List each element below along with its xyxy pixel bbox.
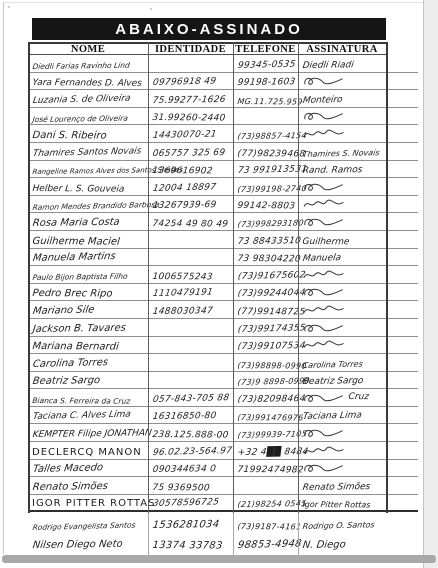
table-row: Nilsen Diego Neto13374 3378398853-4948N.…: [28, 532, 418, 552]
signer-name: Thamires Santos Novais: [32, 147, 142, 159]
signature-scribble-icon: [302, 180, 346, 194]
phone-number: (73)98857-4154: [237, 132, 307, 141]
signer-name: Taciana C. Alves Lima: [32, 411, 131, 422]
signature-scribble-icon: [302, 197, 346, 211]
signature-cell: [298, 180, 386, 195]
signer-name: Bianca S. Ferreira da Cruz: [32, 397, 131, 405]
name-cell: Carolina Torres: [28, 360, 148, 371]
identity-cell: 30578596725: [148, 500, 233, 510]
name-cell: Taciana C. Alves Lima: [28, 413, 148, 423]
identity-cell: [148, 352, 233, 353]
table-row: IGOR PITTER ROTTAS30578596725(21)98254 0…: [28, 495, 418, 513]
identity-number: 090344634 0: [152, 465, 217, 475]
signature-cell: [298, 303, 386, 318]
scan-dot: [150, 8, 152, 10]
table-row: Manuela Martins73 98304220Manuela: [28, 249, 418, 267]
name-cell: Thamires Santos Novais: [28, 150, 148, 160]
gridline-extension: [386, 247, 418, 248]
signer-name: Rosa Maria Costa: [32, 218, 120, 229]
gridline-extension: [386, 88, 418, 89]
gridline-extension: [386, 370, 418, 371]
signature-cell: Carolina Torres: [298, 362, 386, 371]
table-row: Bianca S. Ferreira da Cruz057-843-705 88…: [28, 389, 418, 407]
signer-name: DECLERCQ MANON: [32, 448, 142, 458]
signature-scribble-icon: [302, 303, 346, 317]
signature-cell: Beatriz Sargo: [298, 378, 386, 388]
identity-cell: [148, 387, 233, 388]
signature-cell: Rodrigo O. Santos: [298, 523, 386, 532]
phone-cell: 99198-1603: [233, 79, 298, 89]
gridline-extension: [386, 475, 418, 476]
identity-cell: 31.99260-2440: [148, 114, 233, 124]
signer-name: Ramon Mendes Brandido Barbosa: [32, 201, 160, 212]
signer-name: Guilherme Maciel: [32, 237, 120, 248]
gridline-extension: [386, 141, 418, 142]
identity-cell: 1536281034: [148, 521, 233, 532]
signer-name: Talles Macedo: [32, 463, 104, 475]
phone-number: 98853-4948: [237, 540, 302, 552]
table-row: Helber L. S. Gouveia12004 18897(73)99198…: [28, 178, 418, 196]
signature-text: Monteiro: [302, 96, 343, 106]
signature-cell: Taciana Lima: [298, 413, 386, 423]
column-header-assinatura: ASSINATURA: [298, 44, 386, 55]
gridline-extension: [386, 352, 418, 353]
phone-cell: (73)98898-0990: [233, 362, 298, 371]
identity-cell: 75.99277-1626: [148, 97, 233, 107]
identity-number: 09796918 49: [152, 78, 217, 89]
signature-scribble-icon: [302, 338, 346, 352]
gridline-extension: [386, 211, 418, 212]
name-cell: Jackson B. Tavares: [28, 325, 148, 336]
column-header-telefone: TELEFONE: [233, 44, 298, 55]
phone-cell: 73 88433510: [233, 238, 298, 248]
identity-number: 75 9369500: [152, 484, 210, 493]
phone-number: 99345-0535: [237, 60, 296, 70]
signer-name: Beatriz Sargo: [32, 376, 101, 387]
gridline-extension: [386, 422, 418, 423]
phone-cell: [233, 493, 298, 494]
table-gridline: [148, 42, 149, 513]
gridline-extension: [386, 176, 418, 177]
signature-cell: [298, 215, 386, 230]
table-row: Paulo Bijon Baptista Filho1006575243(73)…: [28, 266, 418, 284]
signer-name: Dani S. Ribeiro: [32, 131, 107, 142]
signature-cell: Manuela: [298, 255, 386, 265]
table-row: Taciana C. Alves Lima16316850-80(73)9914…: [28, 407, 418, 425]
phone-cell: 98853-4948: [233, 541, 298, 552]
phone-cell: 71992474982: [233, 466, 298, 476]
gridline-extension: [386, 387, 418, 388]
identity-cell: 74254 49 80 49: [148, 220, 233, 230]
name-cell: Renato Simões: [28, 483, 148, 494]
name-cell: Mariana Bernardi: [28, 342, 148, 353]
signer-name: Mariano Sile: [32, 305, 95, 317]
phone-number: 73 98304220: [237, 255, 301, 264]
name-cell: Manuela Martins: [28, 254, 148, 265]
gridline-extension: [386, 551, 418, 552]
table-row: Diedli Farias Ravinho Lind99345-0535Died…: [28, 55, 418, 73]
phone-cell: (73)998293180: [233, 221, 298, 230]
signer-name: Diedli Farias Ravinho Lind: [32, 62, 130, 71]
table-row: Pedro Brec Ripo1110479191(73)99244044: [28, 284, 418, 302]
signature-text: Rand. Ramos: [302, 166, 363, 176]
phone-number: MG.11.725.959: [237, 98, 303, 106]
table-row: Ramon Mendes Brandido Barbosa13267939-69…: [28, 196, 418, 214]
phone-number: (73)99198-2740: [237, 185, 307, 194]
name-cell: Rosa Maria Costa: [28, 219, 148, 230]
signature-text: Igor Pitter Rottas: [302, 501, 371, 509]
phone-cell: 99142-8803: [233, 202, 298, 212]
name-cell: DECLERCQ MANON: [28, 448, 148, 459]
signature-text: Thamires S. Novais: [302, 149, 380, 159]
signature-cell: [298, 74, 386, 89]
signature-scribble-icon: [302, 426, 346, 440]
signature-cell: Thamires S. Novais: [298, 151, 386, 160]
page-edge-left: [3, 2, 4, 554]
table-row: Guilherme Maciel73 88433510Guilherme: [28, 231, 418, 249]
gridline-extension: [386, 194, 418, 195]
name-cell: Yara Fernandes D. Alves: [28, 79, 148, 89]
table-gridline-extension: [298, 513, 299, 555]
signature-cell: Diedli Riadi: [298, 62, 386, 72]
identity-number: 1110479191: [152, 289, 214, 300]
identity-cell: 14430070-21: [148, 132, 233, 142]
name-cell: Dani S. Ribeiro: [28, 131, 148, 142]
signature-text: Taciana Lima: [302, 412, 362, 422]
gridline-extension: [386, 159, 418, 160]
scanned-petition-page: ABAIXO-ASSINADO NOMEIDENTIDADETELEFONEAS…: [0, 0, 438, 568]
signer-name: IGOR PITTER ROTTAS: [32, 499, 155, 509]
identity-cell: 238.125.888-00: [148, 431, 233, 441]
name-cell: Pedro Brec Ripo: [28, 289, 148, 300]
title-bar: ABAIXO-ASSINADO: [32, 18, 386, 40]
signature-scribble-icon: [302, 74, 346, 88]
phone-number: (21)98254 0545: [237, 500, 307, 509]
signature-cell: [298, 127, 386, 142]
phone-number: 99142-8803: [237, 202, 296, 211]
signature-text: Carolina Torres: [302, 360, 363, 370]
identity-number: 30578596725: [152, 499, 220, 510]
signature-cell: [298, 321, 386, 336]
identity-number: 74254 49 80 49: [152, 220, 229, 230]
page-edge-right: [423, 0, 438, 568]
name-cell: Rangeline Ramos Alves dos Santos Simões: [28, 169, 148, 177]
identity-cell: 13267939-69: [148, 202, 233, 212]
name-cell: Guilherme Maciel: [28, 237, 148, 248]
signer-name: Paulo Bijon Baptista Filho: [32, 273, 128, 282]
signature-scribble-icon: [302, 215, 346, 229]
signature-cell: [298, 285, 386, 300]
phone-number: (73)91675602: [237, 271, 306, 282]
gridline-extension: [386, 264, 418, 265]
table-row: Yara Fernandes D. Alves09796918 4999198-…: [28, 73, 418, 91]
identity-cell: [148, 335, 233, 336]
gridline-extension: [386, 71, 418, 72]
signature-text: N. Diego: [302, 541, 346, 552]
signature-cell: Igor Pitter Rottas: [298, 501, 386, 510]
identity-number: 1369616902: [152, 167, 213, 176]
identity-cell: 057-843-705 88: [148, 396, 233, 406]
name-cell: IGOR PITTER ROTTAS: [28, 499, 148, 510]
signature-text: Rodrigo O. Santos: [302, 522, 375, 532]
identity-cell: 1110479191: [148, 290, 233, 300]
name-cell: Talles Macedo: [28, 465, 148, 476]
identity-cell: 75 9369500: [148, 484, 233, 494]
phone-number: (73)99107534: [237, 342, 306, 352]
gridline-extension: [386, 509, 418, 510]
table-row: Mariano Sile1488030347(77)99148725: [28, 301, 418, 319]
phone-cell: (73)98857-4154: [233, 133, 298, 142]
phone-number: (73)99939-7105: [237, 430, 308, 440]
signature-scribble-icon: [302, 285, 346, 299]
gridline-extension: [386, 229, 418, 230]
identity-cell: 1369616902: [148, 167, 233, 177]
phone-cell: 99345-0535: [233, 62, 298, 72]
page-edge-bottom: [2, 555, 436, 563]
table-row: Rosa Maria Costa74254 49 80 49(73)998293…: [28, 213, 418, 231]
signer-name: Pedro Brec Ripo: [32, 289, 113, 300]
phone-cell: (77)98239468: [233, 150, 298, 160]
name-cell: José Lourenço de Oliveira: [28, 116, 148, 125]
gridline-extension: [386, 493, 418, 494]
table-row: Luzania S. de Oliveira75.99277-1626MG.11…: [28, 90, 418, 108]
identity-number: 16316850-80: [152, 413, 217, 423]
signer-name: Nilsen Diego Neto: [32, 540, 123, 551]
identity-cell: [148, 247, 233, 248]
table-row: DECLERCQ MANON96.02.23-564.97+32 4██ 848…: [28, 442, 418, 460]
table-gridline: [298, 42, 299, 513]
identity-number: 31.99260-2440: [152, 114, 226, 124]
signature-scribble-icon: [302, 268, 346, 282]
signature-cell: [298, 461, 386, 476]
phone-number: (73)9187-4161: [237, 523, 302, 531]
phone-cell: (73)99174355: [233, 326, 298, 336]
identity-cell: 1006575243: [148, 273, 233, 283]
identity-number: 14430070-21: [152, 130, 217, 141]
identity-cell: 96.02.23-564.97: [148, 449, 233, 459]
identity-cell: 09796918 49: [148, 79, 233, 89]
phone-cell: (73)99939-7105: [233, 432, 298, 441]
signature-text: Renato Simões: [302, 483, 371, 493]
identity-number: 13267939-69: [152, 201, 217, 211]
phone-cell: (73)9 8898-0990: [233, 379, 298, 388]
phone-number: (73)98898-0990: [237, 362, 307, 370]
table-gridline-extension: [233, 513, 234, 555]
signature-cell: Renato Simões: [298, 484, 386, 494]
phone-cell: (73)99107534: [233, 343, 298, 353]
identity-cell: 13374 33783: [148, 541, 233, 552]
table-row: Talles Macedo090344634 071992474982: [28, 460, 418, 478]
phone-cell: 73 98304220: [233, 255, 298, 265]
name-cell: Rodrigo Evangelista Santos: [28, 524, 148, 533]
table-row: José Lourenço de Oliveira31.99260-2440: [28, 108, 418, 126]
phone-number: (73)998293180: [237, 219, 304, 229]
signature-text: Beatriz Sargo: [302, 377, 364, 387]
identity-number: 065757 325 69: [152, 149, 226, 159]
signature-scribble-icon: [302, 127, 346, 141]
phone-cell: (77)99148725: [233, 308, 298, 318]
phone-cell: (73)91675602: [233, 273, 298, 283]
table-header-row: NOMEIDENTIDADETELEFONEASSINATURA: [28, 42, 386, 55]
signer-name: Luzania S. de Oliveira: [32, 94, 131, 105]
signer-name: Manuela Martins: [32, 252, 116, 264]
identity-cell: [148, 71, 233, 72]
table-row: Rangeline Ramos Alves dos Santos Simões1…: [28, 161, 418, 179]
phone-number: (73)99174355: [237, 324, 306, 335]
table-row: Carolina Torres(73)98898-0990Carolina To…: [28, 354, 418, 372]
signature-table: NOMEIDENTIDADETELEFONEASSINATURADiedli F…: [28, 42, 418, 556]
table-row: Mariana Bernardi(73)99107534: [28, 337, 418, 355]
gridline-extension: [386, 106, 418, 107]
phone-number: 73 88433510: [237, 237, 302, 247]
signature-cell: Guilherme: [298, 238, 386, 248]
signer-name: Rodrigo Evangelista Santos: [32, 521, 136, 531]
phone-cell: (21)98254 0545: [233, 501, 298, 510]
signature-scribble-icon: [302, 391, 346, 405]
signature-cell: N. Diego: [298, 541, 386, 552]
signature-cell: [298, 109, 386, 124]
phone-number: (77)99148725: [237, 308, 306, 317]
table-row: Jackson B. Tavares(73)99174355: [28, 319, 418, 337]
name-cell: Beatriz Sargo: [28, 377, 148, 388]
signer-name: Carolina Torres: [32, 358, 109, 370]
phone-cell: (73)99244044: [233, 290, 298, 300]
table-row: Dani S. Ribeiro14430070-21(73)98857-4154: [28, 125, 418, 143]
signer-name: José Lourenço de Oliveira: [32, 115, 128, 124]
table-row: Rodrigo Evangelista Santos1536281034(73)…: [28, 512, 418, 532]
phone-cell: MG.11.725.959: [233, 98, 298, 107]
identity-number: 1006575243: [152, 273, 213, 282]
gridline-extension: [386, 299, 418, 300]
signature-cell: Monteiro: [298, 97, 386, 107]
signer-name: Yara Fernandes D. Alves: [32, 79, 142, 89]
identity-cell: 16316850-80: [148, 413, 233, 423]
gridline-extension: [386, 458, 418, 459]
identity-number: 13374 33783: [152, 541, 223, 551]
signature-text: Manuela: [302, 254, 342, 264]
phone-cell: [233, 123, 298, 124]
gridline-extension: [386, 123, 418, 124]
name-cell: Luzania S. de Oliveira: [28, 97, 148, 107]
identity-cell: [148, 264, 233, 265]
identity-number: 057-843-705 88: [152, 394, 230, 405]
signature-cell: [298, 444, 386, 459]
phone-cell: (73)991476976: [233, 414, 298, 423]
identity-cell: 12004 18897: [148, 185, 233, 195]
phone-number: (73)99244044: [237, 289, 306, 299]
name-cell: Diedli Farias Ravinho Lind: [28, 63, 148, 72]
identity-cell: 065757 325 69: [148, 150, 233, 160]
signature-text: Cruz: [348, 393, 369, 402]
gridline-extension: [386, 282, 418, 283]
name-cell: Nilsen Diego Neto: [28, 541, 148, 552]
table-gridline: [233, 42, 234, 513]
name-cell: Ramon Mendes Brandido Barbosa: [28, 204, 148, 213]
signature-cell: Cruz: [298, 391, 386, 406]
page-edge-top: [4, 2, 430, 3]
phone-number: (73)82098464: [237, 395, 306, 405]
phone-cell: 73 991913531: [233, 167, 298, 177]
table-row: Renato Simões75 9369500Renato Simões: [28, 477, 418, 495]
identity-number: 75.99277-1626: [152, 96, 226, 106]
gridline-extension: [386, 335, 418, 336]
signer-name: Jackson B. Tavares: [32, 323, 126, 334]
identity-number: 1536281034: [152, 520, 220, 531]
phone-cell: (73)99198-2740: [233, 186, 298, 195]
gridline-extension: [386, 440, 418, 441]
scan-dot: [8, 6, 10, 8]
name-cell: Paulo Bijon Baptista Filho: [28, 274, 148, 283]
phone-number: 99198-1603: [237, 78, 296, 88]
identity-number: 238.125.888-00: [152, 431, 229, 441]
table-gridline: [386, 42, 388, 513]
identity-cell: 090344634 0: [148, 466, 233, 476]
identity-number: 1488030347: [152, 307, 213, 317]
table-row: Thamires Santos Novais065757 325 69(77)9…: [28, 143, 418, 161]
signer-name: Helber L. S. Gouveia: [32, 185, 125, 195]
name-cell: Bianca S. Ferreira da Cruz: [28, 397, 148, 406]
signature-text: Guilherme: [302, 238, 350, 247]
gridline-extension: [386, 317, 418, 318]
column-header-nome: NOME: [28, 44, 148, 55]
signature-cell: [298, 426, 386, 441]
signature-cell: [298, 268, 386, 283]
signature-scribble-icon: [302, 109, 346, 123]
signature-scribble-icon: [302, 461, 346, 475]
name-cell: KEMPTER Filipe JONATHAN: [28, 431, 148, 441]
phone-number: (73)991476976: [237, 414, 304, 422]
identity-number: 96.02.23-564.97: [152, 447, 233, 458]
signature-text: Diedli Riadi: [302, 61, 354, 71]
table-row: Beatriz Sargo(73)9 8898-0990Beatriz Sarg…: [28, 372, 418, 390]
column-header-identidade: IDENTIDADE: [148, 44, 233, 55]
signature-cell: [298, 338, 386, 353]
signer-name: KEMPTER Filipe JONATHAN: [32, 429, 152, 440]
page-title: ABAIXO-ASSINADO: [115, 21, 303, 38]
name-cell: Mariano Sile: [28, 307, 148, 318]
phone-cell: +32 4██ 8484: [233, 449, 298, 459]
identity-number: 12004 18897: [152, 183, 217, 194]
signature-cell: [298, 197, 386, 212]
signature-cell: Rand. Ramos: [298, 167, 386, 177]
signer-name: Renato Simões: [32, 482, 108, 493]
table-gridline-extension: [148, 513, 149, 555]
phone-number: (77)98239468: [237, 150, 306, 159]
phone-cell: (73)82098464: [233, 396, 298, 406]
gridline-extension: [386, 405, 418, 406]
phone-number: 71992474982: [237, 466, 304, 475]
name-cell: Helber L. S. Gouveia: [28, 185, 148, 195]
table-gridline: [28, 42, 30, 513]
signature-scribble-icon: [302, 321, 346, 335]
signer-name: Mariana Bernardi: [32, 342, 119, 353]
table-row: KEMPTER Filipe JONATHAN238.125.888-00(73…: [28, 424, 418, 442]
identity-cell: [148, 370, 233, 371]
phone-cell: (73)9187-4161: [233, 523, 298, 532]
identity-cell: 1488030347: [148, 308, 233, 318]
